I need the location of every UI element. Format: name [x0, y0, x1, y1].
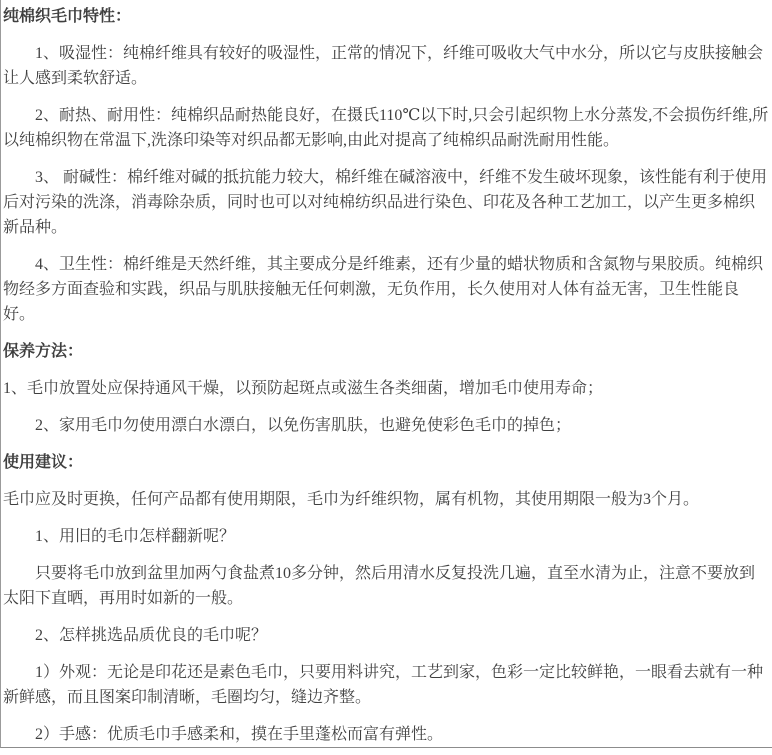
paragraph-hygiene: 4、卫生性：棉纤维是天然纤维，其主要成分是纤维素，还有少量的蜡状物质和含氮物与果…: [3, 252, 770, 327]
paragraph-absorbency: 1、吸湿性：纯棉纤维具有较好的吸湿性，正常的情况下，纤维可吸收大气中水分，所以它…: [3, 41, 770, 91]
paragraph-alkali-resistance: 3、 耐碱性：棉纤维对碱的抵抗能力较大，棉纤维在碱溶液中，纤维不发生破坏现象，该…: [3, 165, 770, 240]
paragraph-renew-question: 1、用旧的毛巾怎样翻新呢？: [3, 524, 770, 549]
paragraph-select-question: 2、怎样挑选品质优良的毛巾呢？: [3, 623, 770, 648]
paragraph-renew-answer: 只要将毛巾放到盆里加两勺食盐煮10多分钟，然后用清水反复投洗几遍，直至水清为止，…: [3, 561, 770, 611]
paragraph-heat-durability: 2、耐热、耐用性：纯棉织品耐热能良好，在摄氏110℃以下时,只会引起织物上水分蒸…: [3, 103, 770, 153]
heading-towel-features: 纯棉织毛巾特性：: [3, 4, 770, 29]
paragraph-care-no-bleach: 2、家用毛巾勿使用漂白水漂白，以免伤害肌肤，也避免使彩色毛巾的掉色；: [3, 413, 770, 438]
paragraph-appearance: 1）外观：无论是印花还是素色毛巾，只要用料讲究，工艺到家，色彩一定比较鲜艳，一眼…: [3, 660, 770, 710]
page: 纯棉织毛巾特性： 1、吸湿性：纯棉纤维具有较好的吸湿性，正常的情况下，纤维可吸收…: [0, 0, 772, 755]
heading-usage-advice: 使用建议：: [3, 450, 770, 475]
paragraph-care-ventilation: 1、毛巾放置处应保持通风干燥，以预防起斑点或滋生各类细菌，增加毛巾使用寿命；: [3, 376, 770, 401]
document-body: 纯棉织毛巾特性： 1、吸湿性：纯棉纤维具有较好的吸湿性，正常的情况下，纤维可吸收…: [0, 0, 772, 748]
paragraph-hand-feel: 2）手感：优质毛巾手感柔和，摸在手里蓬松而富有弹性。: [3, 722, 770, 747]
paragraph-replace-period: 毛巾应及时更换，任何产品都有使用期限，毛巾为纤维织物，属有机物，其使用期限一般为…: [3, 487, 770, 512]
heading-care-methods: 保养方法：: [3, 339, 770, 364]
